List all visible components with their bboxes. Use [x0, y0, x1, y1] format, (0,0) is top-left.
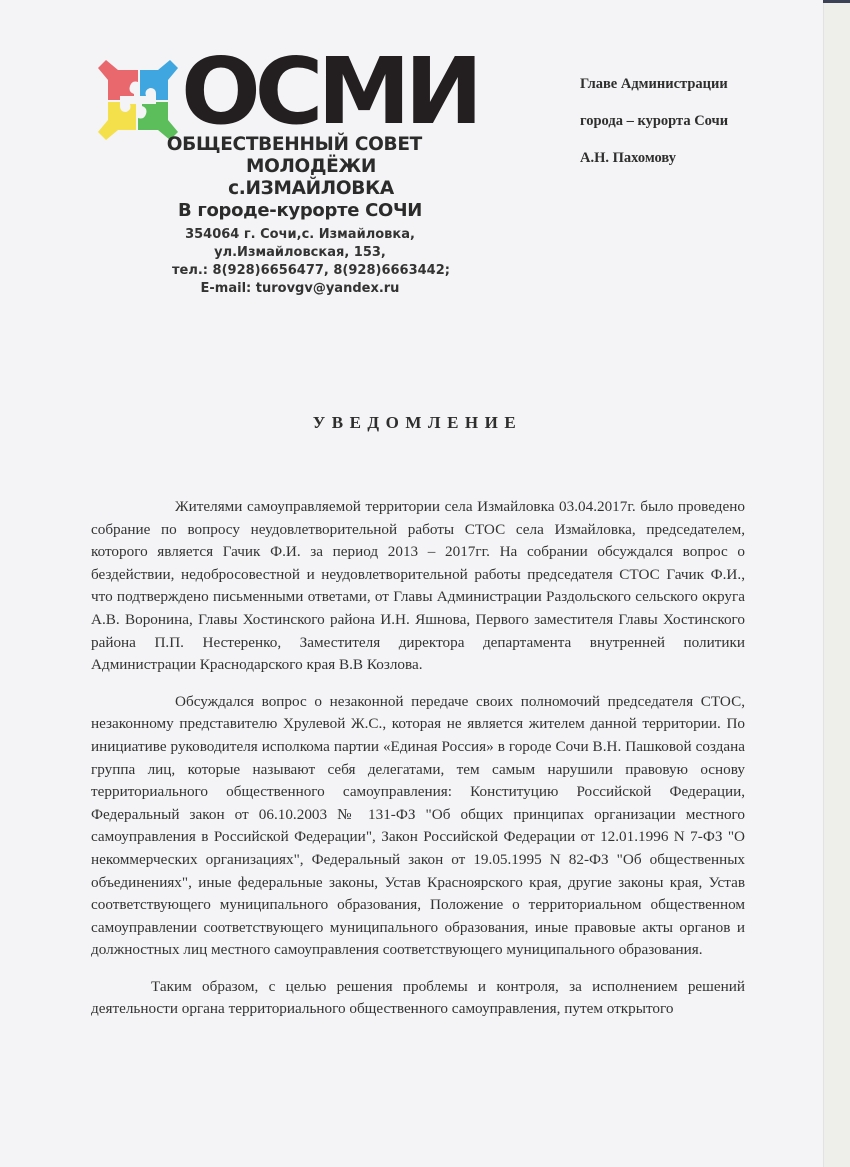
logo-wordmark: ОСМИ [181, 46, 477, 138]
phone-numbers: тел.: 8(928)6656477, 8(928)6663442; [172, 262, 428, 280]
addressee-line-2: города – курорта Сочи [580, 103, 728, 140]
body-paragraph-1: Жителями самоуправляемой территории села… [91, 496, 745, 677]
addressee-line-3: А.Н. Пахомову [580, 140, 728, 177]
org-name-line-2: МОЛОДЁЖИ [160, 156, 422, 178]
addressee-line-1: Главе Администрации [580, 66, 728, 103]
document-title: УВЕДОМЛЕНИЕ [0, 413, 823, 433]
body-paragraph-2: Обсуждался вопрос о незаконной передаче … [91, 691, 745, 962]
address-street: ул.Измайловская, 153, [172, 244, 428, 262]
document-body: Жителями самоуправляемой территории села… [91, 496, 745, 1021]
scan-edge [823, 0, 850, 1167]
document-page: ОСМИ ОБЩЕСТВЕННЫЙ СОВЕТ МОЛОДЁЖИ с.ИЗМАЙ… [0, 0, 823, 1167]
org-name-line-4: В городе-курорте СОЧИ [160, 200, 422, 222]
organization-name: ОБЩЕСТВЕННЫЙ СОВЕТ МОЛОДЁЖИ с.ИЗМАЙЛОВКА… [160, 134, 422, 222]
email-address: E-mail: turovgv@yandex.ru [172, 280, 428, 298]
addressee-block: Главе Администрации города – курорта Соч… [580, 66, 728, 177]
puzzle-logo-icon [94, 56, 182, 144]
contact-address: 354064 г. Сочи,с. Измайловка, ул.Измайло… [172, 226, 428, 298]
org-name-line-1: ОБЩЕСТВЕННЫЙ СОВЕТ [160, 134, 422, 156]
scan-edge-line [823, 0, 850, 3]
body-paragraph-3: Таким образом, с целью решения проблемы … [91, 976, 745, 1021]
address-line: 354064 г. Сочи,с. Измайловка, [172, 226, 428, 244]
org-name-line-3: с.ИЗМАЙЛОВКА [160, 178, 422, 200]
